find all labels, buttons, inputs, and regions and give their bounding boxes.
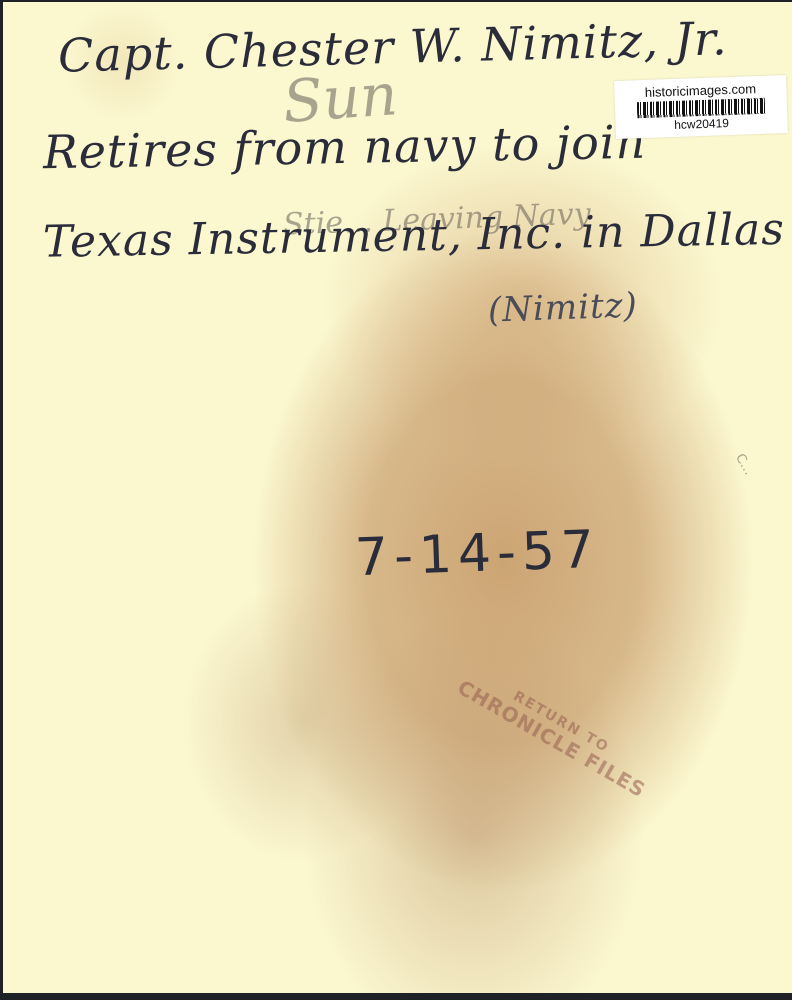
side-mark: C… — [732, 451, 756, 478]
caption-line-2: Retires from navy to join — [43, 115, 647, 180]
handwritten-date: 7-14-57 — [354, 520, 601, 589]
barcode-label: historicimages.com hcw20419 — [614, 75, 788, 139]
caption-line-3: Texas Instrument, Inc. in Dallas – — [43, 203, 792, 268]
caption-line-4: (Nimitz) — [487, 285, 638, 330]
caption-line-1: Capt. Chester W. Nimitz, Jr. — [57, 11, 728, 83]
stamp-line-1: RETURN TO — [465, 662, 657, 782]
return-stamp: RETURN TO CHRONICLE FILES — [453, 662, 657, 802]
stamp-line-2: CHRONICLE FILES — [453, 676, 649, 802]
photo-back-paper: Sun Stie… Leaving Navy Capt. Chester W. … — [3, 2, 792, 993]
